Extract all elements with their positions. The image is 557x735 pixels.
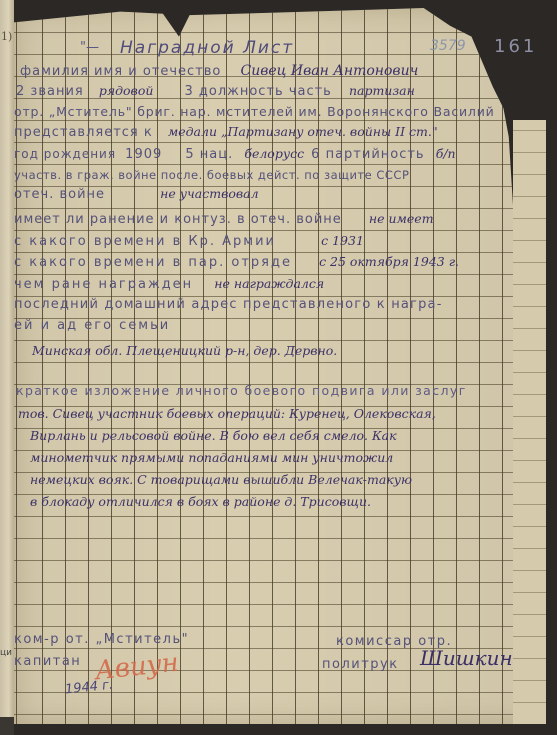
summary-line-text: тов. Сивец участник боевых операций: Кур… — [18, 406, 436, 421]
field-value: с 25 октября 1943 г. — [319, 254, 459, 269]
binding-shadow — [0, 717, 14, 735]
field-label: 6 партийность — [311, 147, 424, 162]
summary-line-text: минометчик прямыми попаданиями мин уничт… — [30, 450, 393, 465]
field-label: 2 звания — [16, 84, 84, 99]
summary-line: Вирлань и рельсовой войне. В бою вел себ… — [30, 425, 397, 444]
commander-rank-text: капитан — [14, 654, 81, 669]
field-rank-position: 2 звания рядовой 3 должность часть парти… — [16, 80, 415, 99]
margin-fragment: ци — [0, 648, 12, 658]
page-right-edge — [513, 120, 546, 724]
quote-mark: "— — [80, 40, 99, 55]
address-value: Минская обл. Плещеницкий р-н, дер. Дервн… — [32, 343, 337, 358]
field-value: с 1931 — [321, 233, 364, 248]
document-title: Наградной Лист — [120, 38, 294, 58]
field-value: партизан — [349, 83, 415, 98]
field-label: чем ране награжден — [14, 277, 193, 292]
field-label: год рождения — [14, 147, 116, 161]
field-value: рядовой — [99, 83, 154, 98]
summary-line: минометчик прямыми попаданиями мин уничт… — [30, 447, 393, 466]
summary-line: в блокаду отличился в боях в районе д. Т… — [30, 491, 371, 510]
margin-number: 1) — [1, 30, 12, 43]
commander-rank: капитан — [14, 650, 81, 669]
field-label: 3 должность часть — [184, 84, 331, 99]
field-value: не награждался — [214, 276, 324, 291]
commissar-signature: Шишкин — [420, 646, 513, 670]
field-value: не имеет — [369, 211, 434, 226]
field-patriotic-war: отеч. войне не участвовал — [14, 183, 259, 202]
field-label: участв. в граж. войне после. боевых дейс… — [14, 168, 409, 182]
field-value: 1909 — [125, 147, 162, 162]
commander-label-text: ком-р от. „Мститель" — [14, 632, 189, 647]
field-label: ей и ад его семьи — [14, 318, 170, 333]
field-detachment-since: с какого времени в пар. отряде с 25 октя… — [14, 251, 459, 270]
field-home-address-label: последний домашний адрес представленого … — [14, 293, 443, 312]
field-unit: отр. „Мститель" бриг. нар. мстителей им.… — [14, 101, 495, 120]
summary-line: тов. Сивец участник боевых операций: Кур… — [18, 403, 436, 422]
archive-number: 3579 — [430, 38, 466, 54]
field-label: с какого времени в Кр. Армии — [14, 234, 276, 249]
left-binding-strip: 1) ци — [0, 0, 14, 735]
field-label: 5 нац. — [185, 147, 233, 162]
field-label: отр. „Мститель" бриг. нар. мстителей им.… — [14, 104, 495, 119]
field-value: белорусс — [244, 146, 304, 161]
summary-line-text: немецких вояк. С товарищами вышибли Веле… — [30, 472, 412, 487]
field-value: Сивец Иван Антонович — [240, 63, 418, 79]
field-family-address-label: ей и ад его семьи — [14, 314, 170, 333]
field-red-army-since: с какого времени в Кр. Армии с 1931 — [14, 230, 364, 249]
field-label: представляется к — [14, 125, 153, 140]
field-wounds: имеет ли ранение и контуз. в отеч. войне… — [14, 208, 434, 227]
field-label: с какого времени в пар. отряде — [14, 255, 292, 270]
summary-line: немецких вояк. С товарищами вышибли Веле… — [30, 469, 412, 488]
field-civil-war: участв. в граж. войне после. боевых дейс… — [14, 164, 409, 183]
field-label: фамилия имя и отечество — [20, 64, 221, 79]
summary-line-text: в блокаду отличился в боях в районе д. Т… — [30, 494, 371, 509]
field-value: медали „Партизану отеч. войны II ст." — [168, 124, 438, 139]
commissar-rank: политрук — [322, 653, 399, 672]
home-address: Минская обл. Плещеницкий р-н, дер. Дервн… — [32, 340, 337, 359]
field-full-name: фамилия имя и отечество Сивец Иван Антон… — [20, 60, 418, 79]
field-value: б/п — [436, 146, 456, 161]
field-nominated-for: представляется к медали „Партизану отеч.… — [14, 121, 438, 140]
summary-header-text: краткое изложение личного боевого подвиг… — [16, 383, 467, 398]
field-label: имеет ли ранение и контуз. в отеч. войне — [14, 212, 342, 227]
sheet-number: 161 — [494, 36, 537, 57]
field-label: отеч. войне — [14, 187, 105, 202]
summary-header: краткое изложение личного боевого подвиг… — [16, 380, 467, 399]
field-value: не участвовал — [160, 186, 258, 201]
field-previous-awards: чем ране награжден не награждался — [14, 273, 324, 292]
field-birth-year: год рождения 1909 5 нац. белорусс 6 парт… — [14, 143, 456, 162]
summary-line-text: Вирлань и рельсовой войне. В бою вел себ… — [30, 428, 397, 443]
commander-label: ком-р от. „Мститель" — [14, 628, 189, 647]
commissar-rank-text: политрук — [322, 657, 399, 672]
field-label: последний домашний адрес представленого … — [14, 297, 443, 312]
